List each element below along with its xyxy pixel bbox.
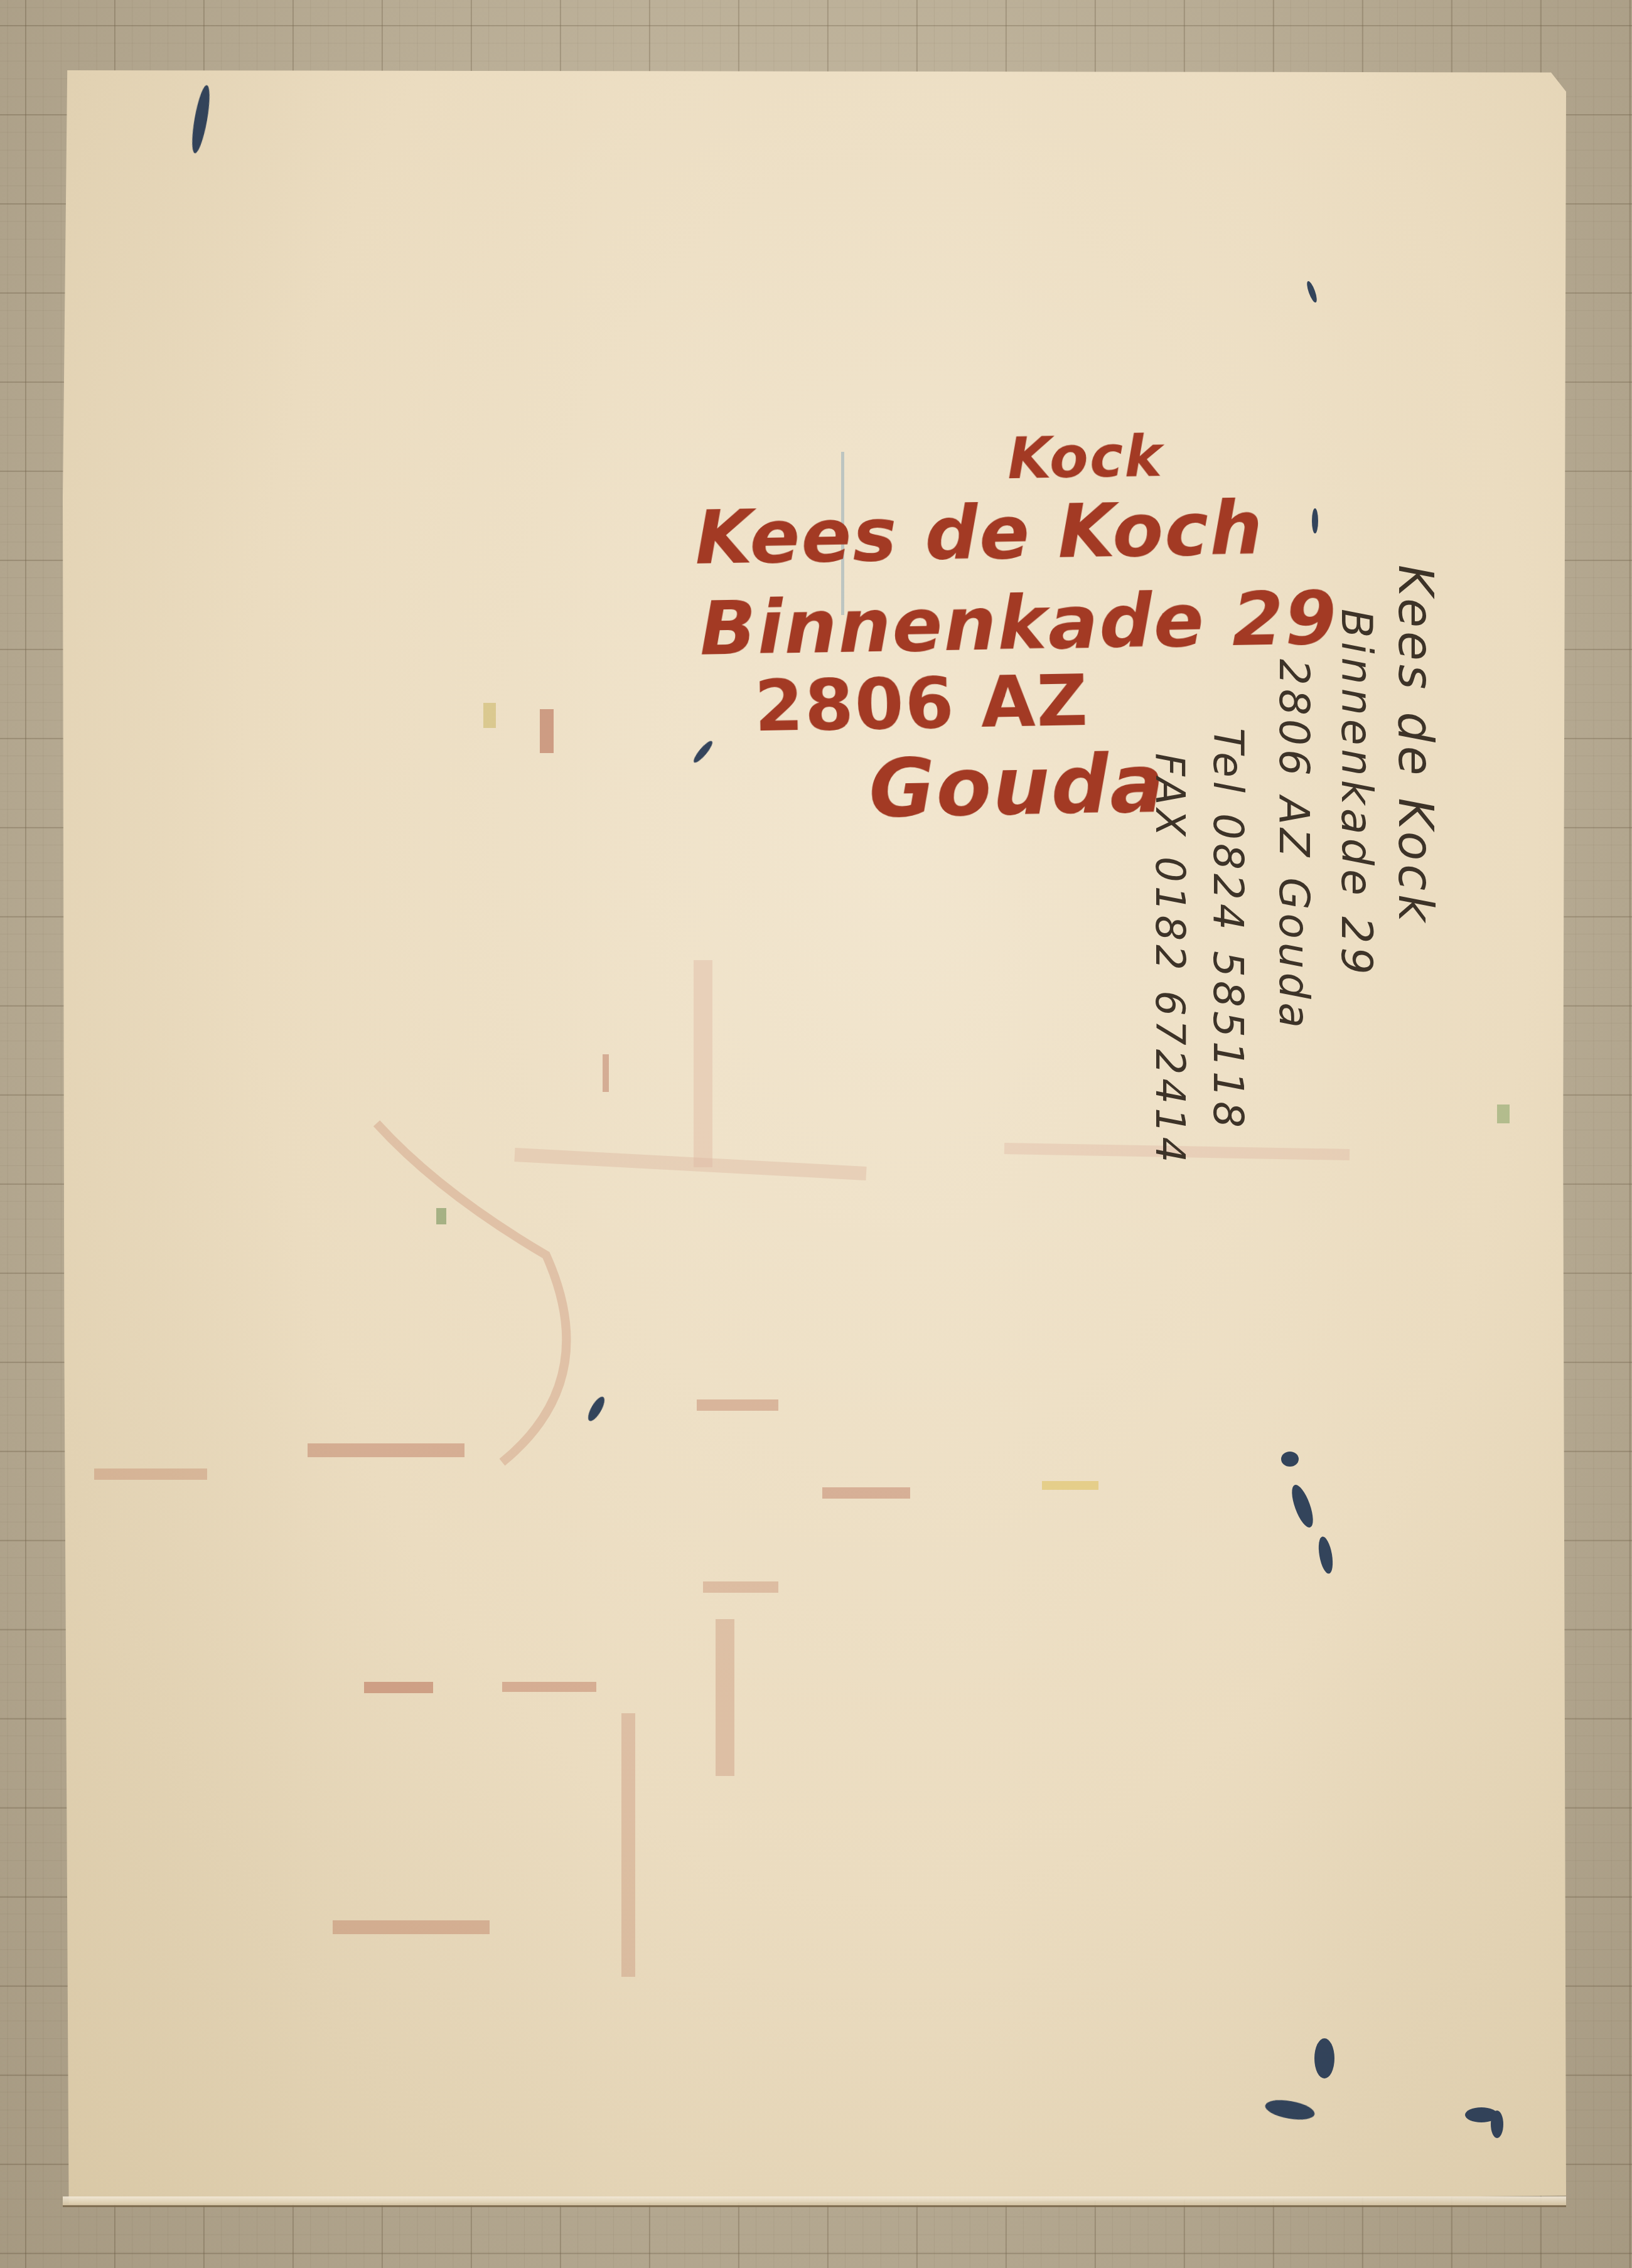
pencil-street: Binnenkade 29 <box>1331 609 1381 978</box>
pencil-name: Kees de Kock <box>1388 565 1444 926</box>
pencil-postal-city: 2806 AZ Gouda <box>1270 659 1318 1032</box>
pencil-contact-details: Kees de Kock Binnenkade 29 2806 AZ Gouda… <box>1092 565 1444 1443</box>
paper-deckle-edge <box>63 2196 1566 2207</box>
red-surname-correction: Kock <box>1007 424 1164 492</box>
pencil-telephone: Tel 0824 585118 <box>1204 728 1252 1131</box>
pencil-fax: FAX 0182 672414 <box>1146 753 1193 1167</box>
red-postal-code: 2806 AZ <box>754 660 1090 747</box>
